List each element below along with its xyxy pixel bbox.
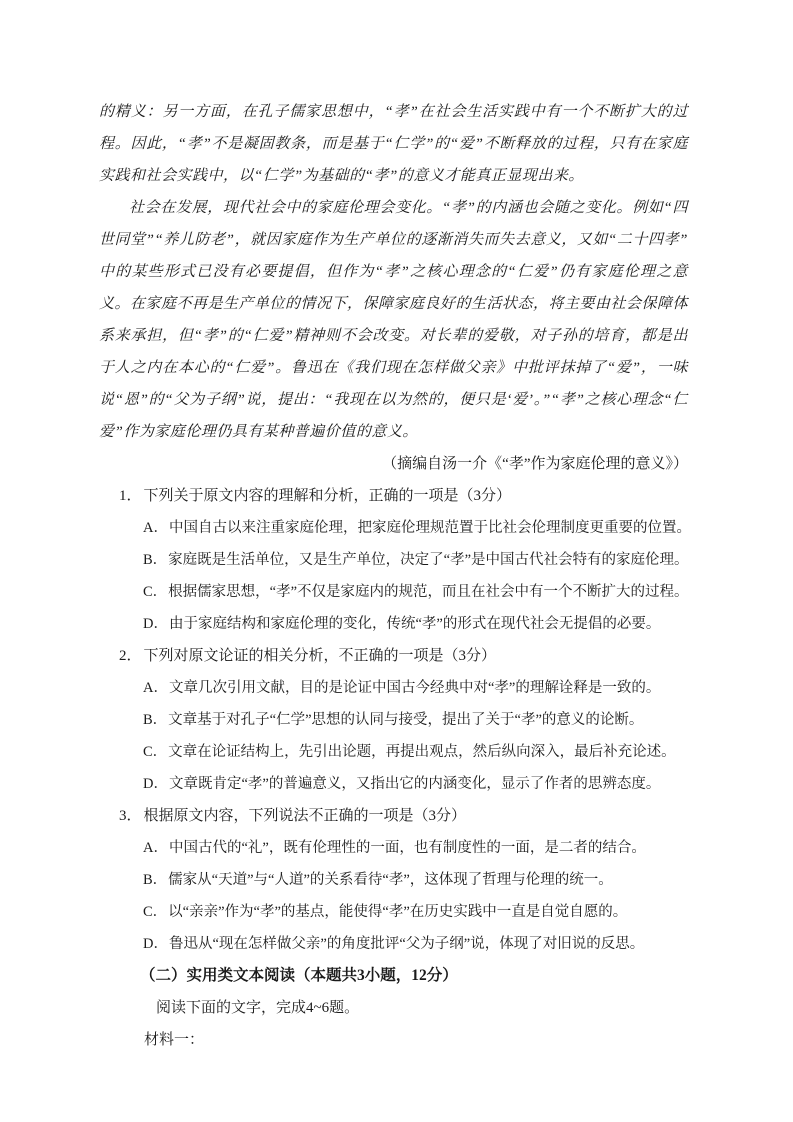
question-stem: 3．根据原文内容，下列说法不正确的一项是（3分） [99, 800, 688, 832]
question-stem: 2．下列对原文论证的相关分析，不正确的一项是（3分） [99, 640, 688, 672]
option-label: D． [143, 616, 168, 632]
option-text: 文章在论证结构上，先引出论题，再提出观点，然后纵向深入，最后补充论述。 [168, 744, 676, 760]
option-text: 儒家从“天道”与“人道”的关系看待“孝”，这体现了哲理与伦理的统一。 [168, 872, 613, 888]
option-b: B．儒家从“天道”与“人道”的关系看待“孝”，这体现了哲理与伦理的统一。 [99, 864, 688, 896]
option-text: 中国古代的“礼”，既有伦理性的一面，也有制度性的一面，是二者的结合。 [169, 840, 646, 856]
option-text: 由于家庭结构和家庭伦理的变化，传统“孝”的形式在现代社会无提倡的必要。 [169, 616, 660, 632]
option-d: D．文章既肯定“孝”的普遍意义，又指出它的内涵变化，显示了作者的思辨态度。 [99, 768, 688, 800]
option-label: D． [143, 776, 168, 792]
question-number: 1． [119, 488, 142, 504]
option-c: C．以“亲亲”作为“孝”的基点，能使得“孝”在历史实践中一直是自觉自愿的。 [99, 896, 688, 928]
option-a: A．中国古代的“礼”，既有伦理性的一面，也有制度性的一面，是二者的结合。 [99, 832, 688, 864]
option-text: 家庭既是生活单位，又是生产单位，决定了“孝”是中国古代社会特有的家庭伦理。 [168, 552, 688, 568]
reading-passage: 的精义：另一方面，在孔子儒家思想中，“孝”在社会生活实践中有一个不断扩大的过程。… [99, 96, 688, 480]
passage-attribution: （摘编自汤一介《“孝”作为家庭伦理的意义》） [99, 448, 688, 480]
option-label: B． [143, 552, 167, 568]
section-heading: （二）实用类文本阅读（本题共3小题，12分） [99, 960, 688, 992]
option-text: 根据儒家思想，“孝”不仅是家庭内的规范，而且在社会中有一个不断扩大的过程。 [168, 584, 688, 600]
question-list: 1．下列关于原文内容的理解和分析，正确的一项是（3分） A．中国自古以来注重家庭… [99, 480, 688, 960]
option-label: A． [143, 840, 168, 856]
option-label: B． [143, 872, 167, 888]
option-label: A． [143, 680, 168, 696]
option-label: D． [143, 936, 168, 952]
option-label: C． [143, 744, 167, 760]
question-2: 2．下列对原文论证的相关分析，不正确的一项是（3分） A．文章几次引用文献，目的… [99, 640, 688, 800]
option-a: A．中国自古以来注重家庭伦理，把家庭伦理规范置于比社会伦理制度更重要的位置。 [99, 512, 688, 544]
question-stem: 1．下列关于原文内容的理解和分析，正确的一项是（3分） [99, 480, 688, 512]
section-2-practical-text: （二）实用类文本阅读（本题共3小题，12分） 阅读下面的文字，完成4~6题。 材… [99, 960, 688, 1056]
question-3: 3．根据原文内容，下列说法不正确的一项是（3分） A．中国古代的“礼”，既有伦理… [99, 800, 688, 960]
option-text: 文章既肯定“孝”的普遍意义，又指出它的内涵变化，显示了作者的思辨态度。 [169, 776, 660, 792]
passage-paragraph: 社会在发展，现代社会中的家庭伦理会变化。“孝”的内涵也会随之变化。例如“四世同堂… [99, 192, 688, 448]
option-b: B．家庭既是生活单位，又是生产单位，决定了“孝”是中国古代社会特有的家庭伦理。 [99, 544, 688, 576]
option-label: B． [143, 712, 167, 728]
exam-document-page: 的精义：另一方面，在孔子儒家思想中，“孝”在社会生活实践中有一个不断扩大的过程。… [0, 0, 793, 1122]
option-d: D．鲁迅从“现在怎样做父亲”的角度批评“父为子纲”说，体现了对旧说的反思。 [99, 928, 688, 960]
option-b: B．文章基于对孔子“仁学”思想的认同与接受，提出了关于“孝”的意义的论断。 [99, 704, 688, 736]
option-label: C． [143, 904, 167, 920]
option-text: 鲁迅从“现在怎样做父亲”的角度批评“父为子纲”说，体现了对旧说的反思。 [169, 936, 644, 952]
question-stem-text: 根据原文内容，下列说法不正确的一项是（3分） [144, 808, 467, 824]
option-text: 以“亲亲”作为“孝”的基点，能使得“孝”在历史实践中一直是自觉自愿的。 [168, 904, 627, 920]
option-label: C． [143, 584, 167, 600]
option-text: 中国自古以来注重家庭伦理，把家庭伦理规范置于比社会伦理制度更重要的位置。 [169, 520, 691, 536]
option-c: C．根据儒家思想，“孝”不仅是家庭内的规范，而且在社会中有一个不断扩大的过程。 [99, 576, 688, 608]
option-text: 文章基于对孔子“仁学”思想的认同与接受，提出了关于“孝”的意义的论断。 [168, 712, 643, 728]
material-one-label: 材料一： [99, 1024, 688, 1056]
question-number: 3． [119, 808, 142, 824]
option-text: 文章几次引用文献，目的是论证中国古今经典中对“孝”的理解诠释是一致的。 [169, 680, 660, 696]
option-d: D．由于家庭结构和家庭伦理的变化，传统“孝”的形式在现代社会无提倡的必要。 [99, 608, 688, 640]
question-stem-text: 下列关于原文内容的理解和分析，正确的一项是（3分） [144, 488, 512, 504]
section-instruction: 阅读下面的文字，完成4~6题。 [99, 992, 688, 1024]
option-label: A． [143, 520, 168, 536]
question-1: 1．下列关于原文内容的理解和分析，正确的一项是（3分） A．中国自古以来注重家庭… [99, 480, 688, 640]
option-a: A．文章几次引用文献，目的是论证中国古今经典中对“孝”的理解诠释是一致的。 [99, 672, 688, 704]
passage-paragraph-continuation: 的精义：另一方面，在孔子儒家思想中，“孝”在社会生活实践中有一个不断扩大的过程。… [99, 96, 688, 192]
question-stem-text: 下列对原文论证的相关分析，不正确的一项是（3分） [144, 648, 497, 664]
question-number: 2． [119, 648, 142, 664]
option-c: C．文章在论证结构上，先引出论题，再提出观点，然后纵向深入，最后补充论述。 [99, 736, 688, 768]
